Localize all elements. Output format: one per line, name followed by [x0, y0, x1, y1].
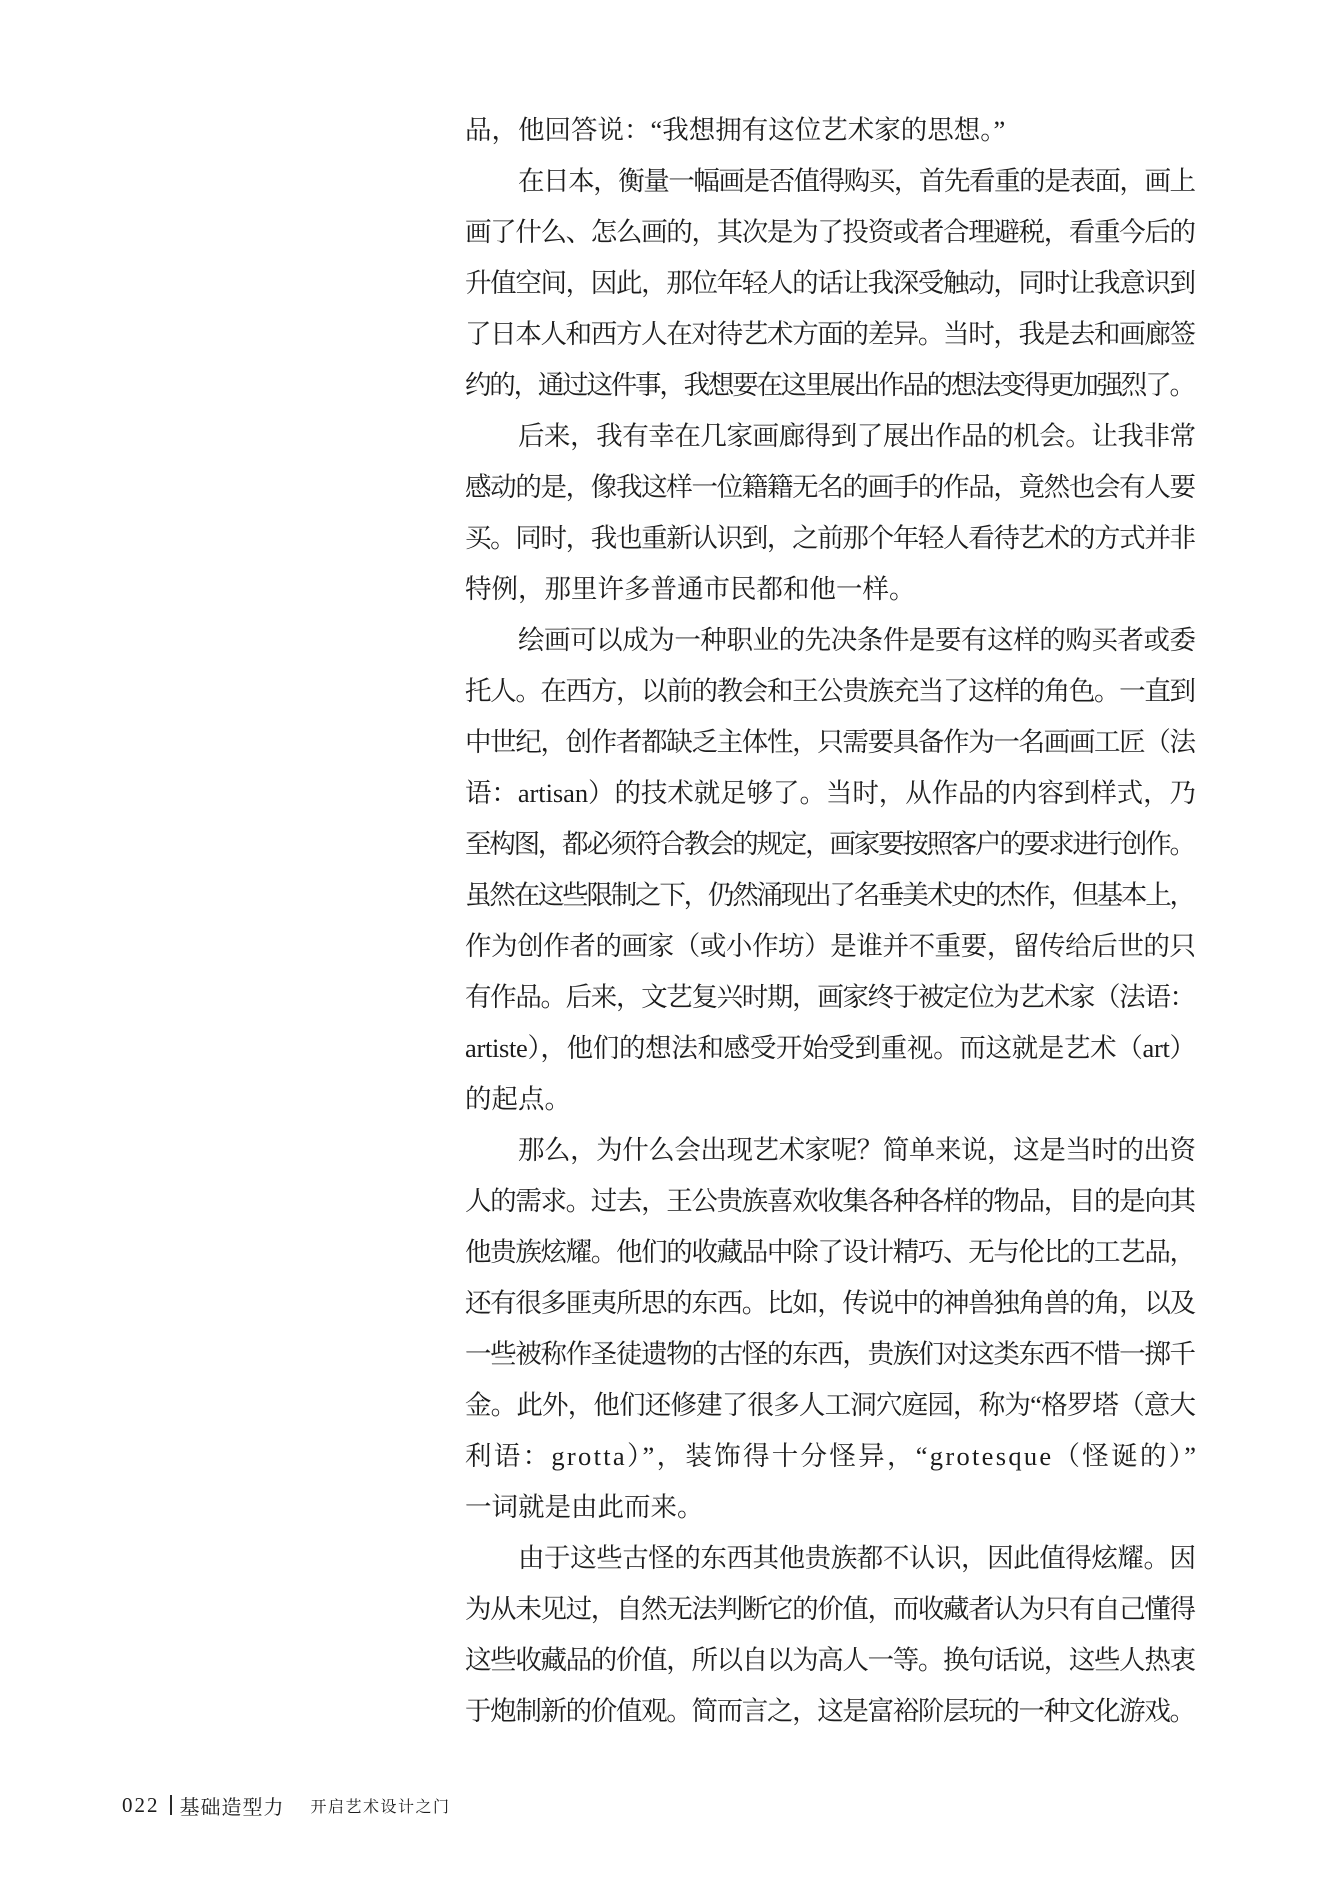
footer-book-title: 基础造型力 — [180, 1791, 285, 1820]
text-line-content: 为从未见过，自然无法判断它的价值，而收藏者认为只有自己懂得 — [465, 1594, 1195, 1624]
text-column: 品，他回答说：“我想拥有这位艺术家的思想。”在日本，衡量一幅画是否值得购买，首先… — [465, 105, 1196, 1737]
text-line: 至构图，都必须符合教会的规定，画家要按照客户的要求进行创作。 — [465, 819, 1196, 870]
text-line-content: artiste），他们的想法和感受开始受到重视。而这就是艺术（art） — [465, 1033, 1196, 1063]
text-line: 的起点。 — [465, 1074, 1196, 1125]
text-line: 约的，通过这件事，我想要在这里展出作品的想法变得更加强烈了。 — [465, 360, 1196, 411]
text-line-content: 一词就是由此而来。 — [465, 1492, 704, 1522]
text-line: 绘画可以成为一种职业的先决条件是要有这样的购买者或委 — [465, 615, 1196, 666]
text-line-content: 还有很多匪夷所思的东西。比如，传说中的神兽独角兽的角，以及 — [465, 1288, 1195, 1318]
text-line-content: 他贵族炫耀。他们的收藏品中除了设计精巧、无与伦比的工艺品， — [465, 1237, 1195, 1267]
text-line: 人的需求。过去，王公贵族喜欢收集各种各样的物品，目的是向其 — [465, 1176, 1196, 1227]
book-page: 品，他回答说：“我想拥有这位艺术家的思想。”在日本，衡量一幅画是否值得购买，首先… — [0, 0, 1339, 1890]
text-line-content: 绘画可以成为一种职业的先决条件是要有这样的购买者或委 — [518, 625, 1196, 655]
text-line: 了日本人和西方人在对待艺术方面的差异。当时，我是去和画廊签 — [465, 309, 1196, 360]
text-line-content: 升值空间，因此，那位年轻人的话让我深受触动，同时让我意识到 — [465, 268, 1195, 298]
text-line-content: 至构图，都必须符合教会的规定，画家要按照客户的要求进行创作。 — [465, 829, 1194, 859]
text-line-content: 感动的是，像我这样一位籍籍无名的画手的作品，竟然也会有人要 — [465, 472, 1195, 502]
text-line: 虽然在这些限制之下，仍然涌现出了名垂美术史的杰作，但基本上， — [465, 870, 1196, 921]
text-line-content: 作为创作者的画家（或小作坊）是谁并不重要，留传给后世的只 — [465, 931, 1196, 961]
text-line-content: 人的需求。过去，王公贵族喜欢收集各种各样的物品，目的是向其 — [465, 1186, 1195, 1216]
text-line: 金。此外，他们还修建了很多人工洞穴庭园，称为“格罗塔（意大 — [465, 1380, 1196, 1431]
text-line: 升值空间，因此，那位年轻人的话让我深受触动，同时让我意识到 — [465, 258, 1196, 309]
text-line-content: 品，他回答说：“我想拥有这位艺术家的思想。” — [465, 115, 1005, 145]
text-line-content: 在日本，衡量一幅画是否值得购买，首先看重的是表面，画上 — [518, 166, 1195, 196]
text-line: 后来，我有幸在几家画廊得到了展出作品的机会。让我非常 — [465, 411, 1196, 462]
text-line-content: 的起点。 — [465, 1084, 571, 1114]
text-line: 利语：grotta）”，装饰得十分怪异，“grotesque（怪诞的）” — [465, 1431, 1196, 1482]
text-line: 还有很多匪夷所思的东西。比如，传说中的神兽独角兽的角，以及 — [465, 1278, 1196, 1329]
text-line: 有作品。后来，文艺复兴时期，画家终于被定位为艺术家（法语： — [465, 972, 1196, 1023]
page-footer: 022 基础造型力 开启艺术设计之门 — [122, 1790, 451, 1820]
text-line: 特例，那里许多普通市民都和他一样。 — [465, 564, 1196, 615]
text-line: 这些收藏品的价值，所以自以为高人一等。换句话说，这些人热衷 — [465, 1635, 1196, 1686]
text-line: 在日本，衡量一幅画是否值得购买，首先看重的是表面，画上 — [465, 156, 1196, 207]
text-line-content: 买。同时，我也重新认识到，之前那个年轻人看待艺术的方式并非 — [465, 523, 1195, 553]
text-line: 那么，为什么会出现艺术家呢？简单来说，这是当时的出资 — [465, 1125, 1196, 1176]
text-line: 买。同时，我也重新认识到，之前那个年轻人看待艺术的方式并非 — [465, 513, 1196, 564]
text-line-content: 有作品。后来，文艺复兴时期，画家终于被定位为艺术家（法语： — [465, 982, 1195, 1012]
text-line: 他贵族炫耀。他们的收藏品中除了设计精巧、无与伦比的工艺品， — [465, 1227, 1196, 1278]
text-line-content: 了日本人和西方人在对待艺术方面的差异。当时，我是去和画廊签 — [465, 319, 1195, 349]
text-line-content: 托人。在西方，以前的教会和王公贵族充当了这样的角色。一直到 — [465, 676, 1195, 706]
text-line-content: 一些被称作圣徒遗物的古怪的东西，贵族们对这类东西不惜一掷千 — [465, 1339, 1195, 1369]
text-line: 一词就是由此而来。 — [465, 1482, 1196, 1533]
text-line-content: 特例，那里许多普通市民都和他一样。 — [465, 574, 916, 604]
text-line: 由于这些古怪的东西其他贵族都不认识，因此值得炫耀。因 — [465, 1533, 1196, 1584]
text-line: 为从未见过，自然无法判断它的价值，而收藏者认为只有自己懂得 — [465, 1584, 1196, 1635]
footer-chapter-title: 开启艺术设计之门 — [311, 1794, 451, 1817]
text-line: 于炮制新的价值观。简而言之，这是富裕阶层玩的一种文化游戏。 — [465, 1686, 1196, 1737]
text-line-content: 中世纪，创作者都缺乏主体性，只需要具备作为一名画画工匠（法 — [465, 727, 1195, 757]
page-number: 022 — [122, 1793, 160, 1818]
text-line-content: 语：artisan）的技术就足够了。当时，从作品的内容到样式，乃 — [465, 778, 1196, 808]
text-line-content: 金。此外，他们还修建了很多人工洞穴庭园，称为“格罗塔（意大 — [465, 1390, 1195, 1420]
text-line-content: 利语：grotta）”，装饰得十分怪异，“grotesque（怪诞的）” — [465, 1441, 1198, 1471]
text-line: 语：artisan）的技术就足够了。当时，从作品的内容到样式，乃 — [465, 768, 1196, 819]
text-line: 品，他回答说：“我想拥有这位艺术家的思想。” — [465, 105, 1196, 156]
text-line: 中世纪，创作者都缺乏主体性，只需要具备作为一名画画工匠（法 — [465, 717, 1196, 768]
text-line: 托人。在西方，以前的教会和王公贵族充当了这样的角色。一直到 — [465, 666, 1196, 717]
text-line-content: 那么，为什么会出现艺术家呢？简单来说，这是当时的出资 — [518, 1135, 1196, 1165]
text-line: artiste），他们的想法和感受开始受到重视。而这就是艺术（art） — [465, 1023, 1196, 1074]
text-line: 作为创作者的画家（或小作坊）是谁并不重要，留传给后世的只 — [465, 921, 1196, 972]
text-line-content: 虽然在这些限制之下，仍然涌现出了名垂美术史的杰作，但基本上， — [465, 880, 1194, 910]
text-line: 一些被称作圣徒遗物的古怪的东西，贵族们对这类东西不惜一掷千 — [465, 1329, 1196, 1380]
text-line: 感动的是，像我这样一位籍籍无名的画手的作品，竟然也会有人要 — [465, 462, 1196, 513]
text-line-content: 这些收藏品的价值，所以自以为高人一等。换句话说，这些人热衷 — [465, 1645, 1195, 1675]
footer-divider — [170, 1795, 172, 1815]
text-line-content: 于炮制新的价值观。简而言之，这是富裕阶层玩的一种文化游戏。 — [465, 1696, 1195, 1726]
text-line-content: 约的，通过这件事，我想要在这里展出作品的想法变得更加强烈了。 — [465, 370, 1194, 400]
text-line: 画了什么、怎么画的，其次是为了投资或者合理避税，看重今后的 — [465, 207, 1196, 258]
text-line-content: 画了什么、怎么画的，其次是为了投资或者合理避税，看重今后的 — [465, 217, 1195, 247]
text-line-content: 后来，我有幸在几家画廊得到了展出作品的机会。让我非常 — [518, 421, 1196, 451]
text-line-content: 由于这些古怪的东西其他贵族都不认识，因此值得炫耀。因 — [518, 1543, 1196, 1573]
